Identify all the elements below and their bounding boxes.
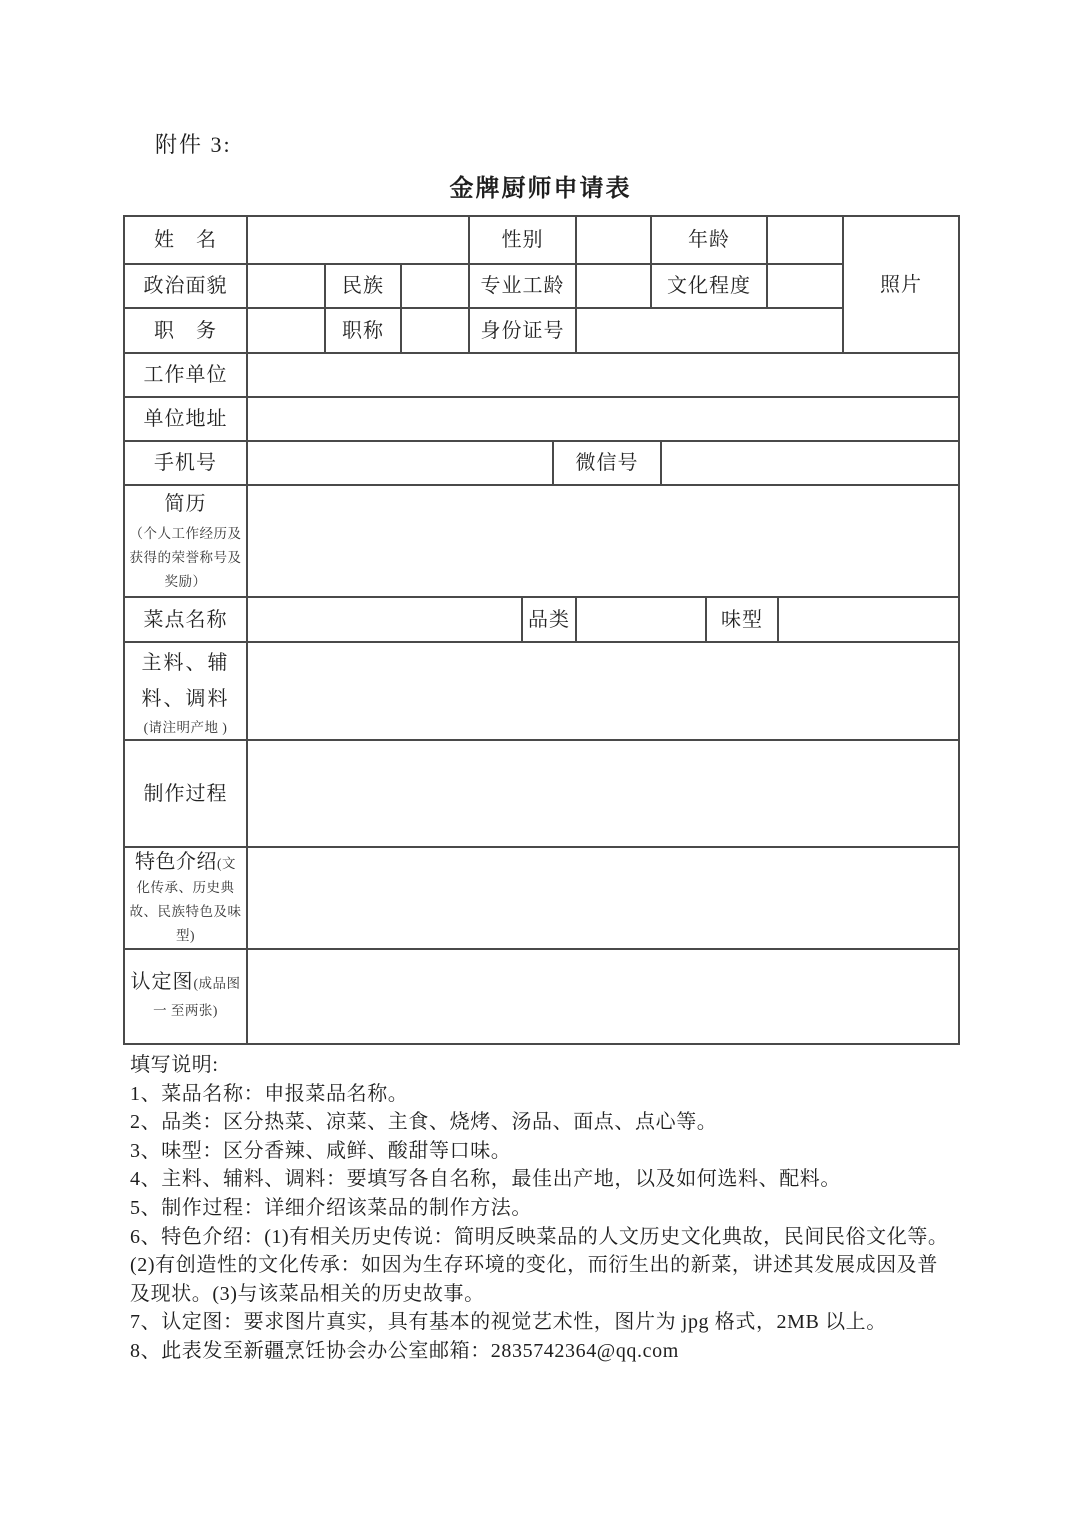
- mobile-value-cell: [247, 441, 553, 485]
- gender-label: 性别: [469, 216, 576, 264]
- instruction-line: (2)有创造性的文化传承：如因为生存环境的变化，而衍生出的新菜，讲述其发展成因及…: [130, 1251, 1010, 1280]
- instruction-line-email: 8、此表发至新疆烹饪协会办公室邮箱：2835742364@qq.com: [130, 1337, 1010, 1366]
- position-value-cell: [247, 308, 325, 353]
- table-row: 认定图(成品图 一 至两张): [124, 949, 959, 1044]
- table-row: 单位地址: [124, 397, 959, 441]
- political-status-value-cell: [247, 264, 325, 308]
- work-unit-value-cell: [247, 353, 959, 397]
- table-row: 手机号 微信号: [124, 441, 959, 485]
- resume-label-note: （个人工作经历及获得的荣誉称号及奖励）: [130, 526, 242, 589]
- process-label: 制作过程: [124, 740, 247, 847]
- table-row: 制作过程: [124, 740, 959, 847]
- work-unit-label: 工作单位: [124, 353, 247, 397]
- id-number-label: 身份证号: [469, 308, 576, 353]
- photo-cell: 照片: [843, 216, 959, 353]
- features-label-main: 特色介绍: [135, 851, 217, 873]
- table-row: 工作单位: [124, 353, 959, 397]
- id-number-value-cell: [576, 308, 843, 353]
- flavor-type-value-cell: [778, 597, 959, 642]
- resume-value-cell: [247, 485, 959, 597]
- instruction-line: 7、认定图：要求图片真实，具有基本的视觉艺术性，图片为 jpg 格式，2MB 以…: [130, 1308, 1010, 1337]
- ingredients-label-main: 主料、辅料、调料: [129, 645, 242, 717]
- flavor-type-label: 味型: [706, 597, 778, 642]
- wechat-label: 微信号: [553, 441, 661, 485]
- dish-name-value-cell: [247, 597, 522, 642]
- unit-address-label: 单位地址: [124, 397, 247, 441]
- instruction-line: 6、特色介绍：(1)有相关历史传说：简明反映菜品的人文历史文化典故，民间民俗文化…: [130, 1223, 1010, 1252]
- age-label: 年龄: [651, 216, 767, 264]
- instruction-line: 4、主料、辅料、调料：要填写各自名称，最佳出产地，以及如何选料、配料。: [130, 1165, 1010, 1194]
- filling-instructions: 填写说明: 1、菜品名称：申报菜品名称。 2、品类：区分热菜、凉菜、主食、烧烤、…: [130, 1051, 1010, 1366]
- ethnicity-value-cell: [401, 264, 469, 308]
- category-label: 品类: [522, 597, 576, 642]
- cert-image-label-main: 认定图: [131, 971, 194, 993]
- features-value-cell: [247, 847, 959, 949]
- instruction-line: 5、制作过程：详细介绍该菜品的制作方法。: [130, 1194, 1010, 1223]
- unit-address-value-cell: [247, 397, 959, 441]
- ingredients-label: 主料、辅料、调料 (请注明产地 ): [124, 642, 247, 740]
- ingredients-value-cell: [247, 642, 959, 740]
- instruction-line: 1、菜品名称：申报菜品名称。: [130, 1080, 1010, 1109]
- professional-years-label: 专业工龄: [469, 264, 576, 308]
- table-row: 主料、辅料、调料 (请注明产地 ): [124, 642, 959, 740]
- instruction-line: 及现状。(3)与该菜品相关的历史故事。: [130, 1280, 1010, 1309]
- cert-image-value-cell: [247, 949, 959, 1044]
- attachment-label: 附件 3:: [155, 128, 232, 159]
- gender-value-cell: [576, 216, 651, 264]
- ethnicity-label: 民族: [325, 264, 401, 308]
- table-row: 菜点名称 品类 味型: [124, 597, 959, 642]
- wechat-value-cell: [661, 441, 959, 485]
- job-title-label: 职称: [325, 308, 401, 353]
- table-row: 简历 （个人工作经历及获得的荣誉称号及奖励）: [124, 485, 959, 597]
- page-title: 金牌厨师申请表: [123, 168, 958, 203]
- ingredients-label-note: (请注明产地 ): [129, 719, 242, 737]
- table-row: 职 务 职称 身份证号: [124, 308, 959, 353]
- education-value-cell: [767, 264, 843, 308]
- document-page: 附件 3: 金牌厨师申请表 姓 名 性别 年龄 照片 政治面貌 民族 专业工龄 …: [0, 0, 1080, 1520]
- instruction-line: 3、味型：区分香辣、咸鲜、酸甜等口味。: [130, 1137, 1010, 1166]
- application-table: 姓 名 性别 年龄 照片 政治面貌 民族 专业工龄 文化程度 职 务 职称 身份…: [123, 215, 960, 1045]
- instructions-heading: 填写说明:: [130, 1051, 1010, 1080]
- cert-image-label: 认定图(成品图 一 至两张): [124, 949, 247, 1044]
- mobile-label: 手机号: [124, 441, 247, 485]
- age-value-cell: [767, 216, 843, 264]
- name-label: 姓 名: [124, 216, 247, 264]
- job-title-value-cell: [401, 308, 469, 353]
- table-row: 特色介绍(文化传承、历史典故、民族特色及味型): [124, 847, 959, 949]
- table-row: 政治面貌 民族 专业工龄 文化程度: [124, 264, 959, 308]
- category-value-cell: [576, 597, 706, 642]
- table-row: 姓 名 性别 年龄 照片: [124, 216, 959, 264]
- position-label: 职 务: [124, 308, 247, 353]
- resume-label-main: 简历: [129, 491, 242, 517]
- instruction-line: 2、品类：区分热菜、凉菜、主食、烧烤、汤品、面点、点心等。: [130, 1108, 1010, 1137]
- dish-name-label: 菜点名称: [124, 597, 247, 642]
- process-value-cell: [247, 740, 959, 847]
- professional-years-value-cell: [576, 264, 651, 308]
- features-label: 特色介绍(文化传承、历史典故、民族特色及味型): [124, 847, 247, 949]
- resume-label: 简历 （个人工作经历及获得的荣誉称号及奖励）: [124, 485, 247, 597]
- name-value-cell: [247, 216, 469, 264]
- political-status-label: 政治面貌: [124, 264, 247, 308]
- education-label: 文化程度: [651, 264, 767, 308]
